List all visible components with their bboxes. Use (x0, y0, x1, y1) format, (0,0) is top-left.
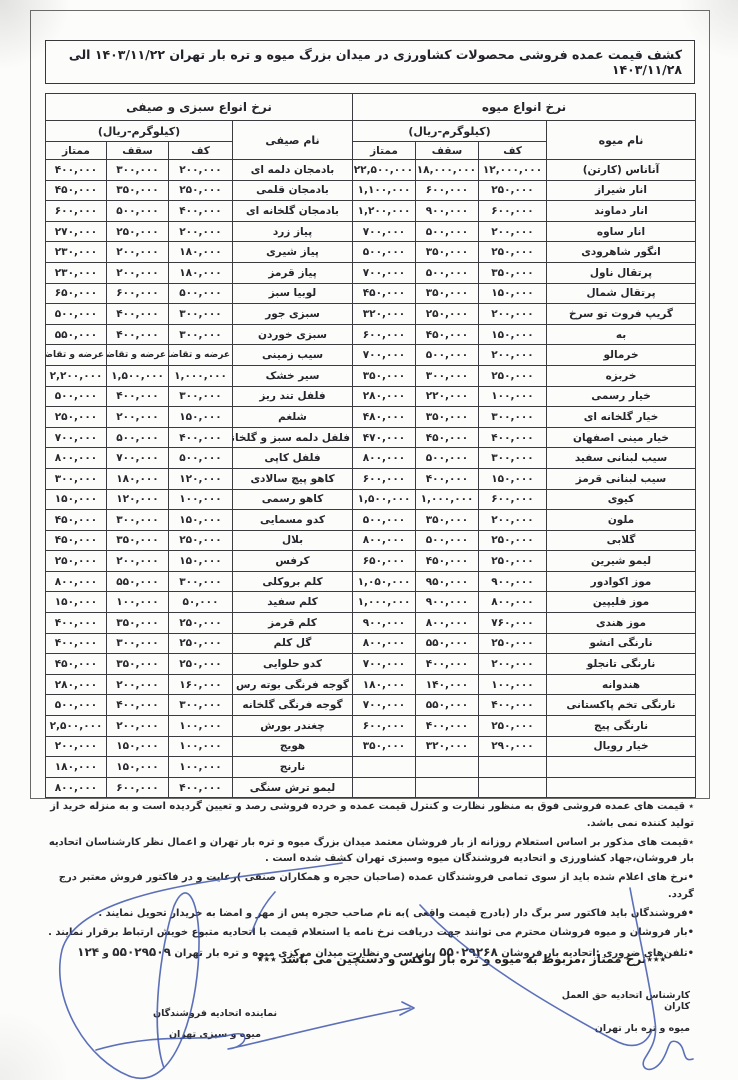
veg-premium-cell: ۴۰۰,۰۰۰ (46, 633, 107, 654)
veg-premium-cell: ۴۵۰,۰۰۰ (46, 510, 107, 531)
fruit-premium-cell: ۷۰۰,۰۰۰ (353, 654, 416, 675)
fruit-name-cell: هندوانه (547, 674, 696, 695)
veg-floor-cell: ۲۰۰,۰۰۰ (169, 160, 233, 181)
table-row: انار شیراز۲۵۰,۰۰۰۶۰۰,۰۰۰۱,۱۰۰,۰۰۰بادمجان… (46, 180, 696, 201)
fruit-name-cell: خیار رسمی (547, 386, 696, 407)
veg-premium-cell: ۲۵۰,۰۰۰ (46, 407, 107, 428)
veg-ceiling-cell: ۱۲۰,۰۰۰ (107, 489, 169, 510)
footnote-line-1: ٭ قیمت های عمده فروشی فوق به منظور نظارت… (34, 799, 694, 832)
fruit-premium-cell: ۸۰۰,۰۰۰ (353, 633, 416, 654)
fruit-ceiling-cell: ۹۰۰,۰۰۰ (416, 201, 479, 222)
fruit-name-cell: نارنگی تانجلو (547, 654, 696, 675)
veg-premium-cell: ۸۰۰,۰۰۰ (46, 777, 107, 798)
veg-floor-cell: ۱۰۰,۰۰۰ (169, 757, 233, 778)
fruit-floor-cell: ۱۵۰,۰۰۰ (479, 324, 547, 345)
fruit-name-cell: خیار رویال (547, 736, 696, 757)
fruit-empty-cell (479, 757, 547, 778)
fruit-floor-cell: ۲۵۰,۰۰۰ (479, 365, 547, 386)
veg-ceiling-cell: ۲۰۰,۰۰۰ (107, 407, 169, 428)
fruit-premium-cell: ۶۵۰,۰۰۰ (353, 551, 416, 572)
fruit-floor-cell: ۱۰۰,۰۰۰ (479, 386, 547, 407)
fruit-name-cell: کیوی (547, 489, 696, 510)
veg-ceiling-cell: ۲۵۰,۰۰۰ (107, 221, 169, 242)
fruit-empty-cell (416, 777, 479, 798)
signature-block-left: نماینده اتحادیه فروشندگان میوه و سبزی ته… (150, 1008, 280, 1050)
table-row: لیمو ترش سنگی۴۰۰,۰۰۰۶۰۰,۰۰۰۸۰۰,۰۰۰ (46, 777, 696, 798)
table-row: لیمو شیرین۲۵۰,۰۰۰۴۵۰,۰۰۰۶۵۰,۰۰۰کرفس۱۵۰,۰… (46, 551, 696, 572)
veg-name-cell: کاهو رسمی (233, 489, 353, 510)
veg-floor-cell: ۵۰۰,۰۰۰ (169, 448, 233, 469)
fruit-name-cell: لیمو شیرین (547, 551, 696, 572)
fruit-ceiling-cell: ۵۰۰,۰۰۰ (416, 262, 479, 283)
fruit-empty-cell (353, 777, 416, 798)
veg-ceiling-cell: ۲۰۰,۰۰۰ (107, 262, 169, 283)
veg-name-cell: پیاز شیری (233, 242, 353, 263)
veg-floor-label: کف (169, 142, 233, 160)
veg-section-header: نرخ انواع سبزی و صیفی (46, 94, 353, 121)
veg-floor-cell: عرضه و تقاضا (169, 345, 233, 366)
veg-floor-cell: ۱۰۰,۰۰۰ (169, 716, 233, 737)
fruit-premium-label: ممتاز (353, 142, 416, 160)
fruit-premium-cell: ۲۸۰,۰۰۰ (353, 386, 416, 407)
veg-ceiling-cell: ۴۰۰,۰۰۰ (107, 304, 169, 325)
fruit-ceiling-cell: ۴۵۰,۰۰۰ (416, 427, 479, 448)
fruit-name-cell: موز فلیپین (547, 592, 696, 613)
veg-premium-label: ممتاز (46, 142, 107, 160)
fruit-premium-cell: ۲۲,۵۰۰,۰۰۰ (353, 160, 416, 181)
fruit-ceiling-cell: ۳۲۰,۰۰۰ (416, 736, 479, 757)
fruit-ceiling-cell: ۸۰۰,۰۰۰ (416, 613, 479, 634)
veg-name-cell: سبزی خوردن (233, 324, 353, 345)
fruit-premium-cell: ۹۰۰,۰۰۰ (353, 613, 416, 634)
section-header-row: نرخ انواع میوه نرخ انواع سبزی و صیفی (46, 94, 696, 121)
fruit-floor-cell: ۲۹۰,۰۰۰ (479, 736, 547, 757)
fruit-empty-cell (479, 777, 547, 798)
veg-ceiling-cell: ۱۸۰,۰۰۰ (107, 468, 169, 489)
fruit-floor-cell: ۲۵۰,۰۰۰ (479, 180, 547, 201)
fruit-premium-cell: ۶۰۰,۰۰۰ (353, 468, 416, 489)
veg-ceiling-cell: ۴۰۰,۰۰۰ (107, 324, 169, 345)
table-row: نارنگی پیج۲۵۰,۰۰۰۴۰۰,۰۰۰۶۰۰,۰۰۰چغندر بور… (46, 716, 696, 737)
veg-premium-cell: ۳۰۰,۰۰۰ (46, 468, 107, 489)
signature-right-subtitle: میوه و تره بار تهران (540, 1023, 690, 1034)
fruit-floor-cell: ۱۵۰,۰۰۰ (479, 468, 547, 489)
veg-name-cell: سبزی جور (233, 304, 353, 325)
veg-premium-cell: ۷۰۰,۰۰۰ (46, 427, 107, 448)
fruit-ceiling-cell: ۴۵۰,۰۰۰ (416, 551, 479, 572)
fruit-ceiling-cell: ۵۰۰,۰۰۰ (416, 345, 479, 366)
fruit-name-cell: سیب لبنانی قرمز (547, 468, 696, 489)
veg-premium-cell: ۴۰۰,۰۰۰ (46, 613, 107, 634)
veg-ceiling-cell: ۱,۵۰۰,۰۰۰ (107, 365, 169, 386)
fruit-name-cell: خربزه (547, 365, 696, 386)
fruit-name-cell: خیار گلخانه ای (547, 407, 696, 428)
veg-ceiling-cell: ۵۰۰,۰۰۰ (107, 427, 169, 448)
fruit-premium-cell: ۷۰۰,۰۰۰ (353, 345, 416, 366)
fruit-name-cell: آناناس (کارتن) (547, 160, 696, 181)
table-row: پرتقال ناول۳۵۰,۰۰۰۵۰۰,۰۰۰۷۰۰,۰۰۰پیاز قرم… (46, 262, 696, 283)
veg-ceiling-cell: ۲۰۰,۰۰۰ (107, 242, 169, 263)
veg-floor-cell: ۱۰۰,۰۰۰ (169, 489, 233, 510)
veg-floor-cell: ۵۰,۰۰۰ (169, 592, 233, 613)
table-row: کیوی۶۰۰,۰۰۰۱,۰۰۰,۰۰۰۱,۵۰۰,۰۰۰کاهو رسمی۱۰… (46, 489, 696, 510)
table-row: ملون۲۰۰,۰۰۰۳۵۰,۰۰۰۵۰۰,۰۰۰کدو مسمایی۱۵۰,۰… (46, 510, 696, 531)
table-row: گلابی۲۵۰,۰۰۰۵۰۰,۰۰۰۸۰۰,۰۰۰بلال۲۵۰,۰۰۰۳۵۰… (46, 530, 696, 551)
table-row: انگور شاهرودی۲۵۰,۰۰۰۳۵۰,۰۰۰۵۰۰,۰۰۰پیاز ش… (46, 242, 696, 263)
table-row: خرمالو۲۰۰,۰۰۰۵۰۰,۰۰۰۷۰۰,۰۰۰سیب زمینیعرضه… (46, 345, 696, 366)
veg-premium-cell: ۴۰۰,۰۰۰ (46, 160, 107, 181)
fruit-name-cell: انار شیراز (547, 180, 696, 201)
fruit-premium-cell: ۵۰۰,۰۰۰ (353, 510, 416, 531)
table-row: آناناس (کارتن)۱۲,۰۰۰,۰۰۰۱۸,۰۰۰,۰۰۰۲۲,۵۰۰… (46, 160, 696, 181)
fruit-premium-cell: ۱,۱۰۰,۰۰۰ (353, 180, 416, 201)
veg-ceiling-cell: عرضه و تقاضا (107, 345, 169, 366)
veg-ceiling-cell: ۲۰۰,۰۰۰ (107, 674, 169, 695)
veg-ceiling-cell: ۳۵۰,۰۰۰ (107, 530, 169, 551)
fruit-floor-cell: ۲۰۰,۰۰۰ (479, 345, 547, 366)
fruit-name-cell: سیب لبنانی سفید (547, 448, 696, 469)
document-title: کشف قیمت عمده فروشی محصولات کشاورزی در م… (45, 40, 695, 84)
table-row: گریپ فروت تو سرخ۲۰۰,۰۰۰۲۵۰,۰۰۰۳۲۰,۰۰۰سبز… (46, 304, 696, 325)
scanned-price-list-document: کشف قیمت عمده فروشی محصولات کشاورزی در م… (0, 0, 738, 1080)
veg-ceiling-cell: ۴۰۰,۰۰۰ (107, 386, 169, 407)
veg-ceiling-cell: ۲۰۰,۰۰۰ (107, 551, 169, 572)
veg-premium-cell: ۲۷۰,۰۰۰ (46, 221, 107, 242)
veg-premium-cell: ۲۵۰,۰۰۰ (46, 551, 107, 572)
veg-ceiling-cell: ۳۰۰,۰۰۰ (107, 160, 169, 181)
veg-floor-cell: ۱۵۰,۰۰۰ (169, 510, 233, 531)
fruit-name-cell: خرمالو (547, 345, 696, 366)
veg-name-cell: چغندر بورش (233, 716, 353, 737)
signature-left-title: نماینده اتحادیه فروشندگان (150, 1008, 280, 1019)
veg-floor-cell: ۱۶۰,۰۰۰ (169, 674, 233, 695)
fruit-ceiling-cell: ۳۵۰,۰۰۰ (416, 242, 479, 263)
fruit-name-column-header: نام میوه (547, 121, 696, 160)
fruit-ceiling-cell: ۵۵۰,۰۰۰ (416, 695, 479, 716)
fruit-ceiling-cell: ۵۰۰,۰۰۰ (416, 530, 479, 551)
table-row: خیار گلخانه ای۳۰۰,۰۰۰۳۵۰,۰۰۰۴۸۰,۰۰۰شلغم۱… (46, 407, 696, 428)
fruit-ceiling-cell: ۴۵۰,۰۰۰ (416, 324, 479, 345)
fruit-ceiling-cell: ۳۵۰,۰۰۰ (416, 407, 479, 428)
veg-premium-cell: ۴۵۰,۰۰۰ (46, 180, 107, 201)
veg-premium-cell: ۱۵۰,۰۰۰ (46, 489, 107, 510)
veg-name-cell: پیاز قرمز (233, 262, 353, 283)
fruit-floor-cell: ۳۰۰,۰۰۰ (479, 448, 547, 469)
veg-name-cell: کدو مسمایی (233, 510, 353, 531)
signature-right-title: کارشناس اتحادیه حق العمل کاران (540, 990, 690, 1012)
veg-ceiling-cell: ۳۵۰,۰۰۰ (107, 654, 169, 675)
veg-floor-cell: ۲۵۰,۰۰۰ (169, 530, 233, 551)
veg-ceiling-cell: ۶۰۰,۰۰۰ (107, 283, 169, 304)
table-row: خربزه۲۵۰,۰۰۰۳۰۰,۰۰۰۳۵۰,۰۰۰سیر خشک۱,۰۰۰,۰… (46, 365, 696, 386)
veg-name-cell: نارنج (233, 757, 353, 778)
table-row: موز فلیپین۸۰۰,۰۰۰۹۰۰,۰۰۰۱,۰۰۰,۰۰۰کلم سفی… (46, 592, 696, 613)
veg-premium-cell: ۵۰۰,۰۰۰ (46, 304, 107, 325)
unit-header-row: نام میوه (کیلوگرم-ریال) نام صیفی (کیلوگر… (46, 121, 696, 142)
veg-name-cell: گل کلم (233, 633, 353, 654)
fruit-floor-cell: ۲۰۰,۰۰۰ (479, 304, 547, 325)
fruit-floor-cell: ۷۶۰,۰۰۰ (479, 613, 547, 634)
veg-name-cell: پیاز زرد (233, 221, 353, 242)
fruit-ceiling-cell: ۵۵۰,۰۰۰ (416, 633, 479, 654)
veg-name-cell: شلغم (233, 407, 353, 428)
veg-unit-label: (کیلوگرم-ریال) (46, 121, 233, 142)
fruit-floor-label: کف (479, 142, 547, 160)
fruit-ceiling-cell: ۴۰۰,۰۰۰ (416, 716, 479, 737)
veg-name-cell: گوجه فرنگی گلخانه (233, 695, 353, 716)
fruit-premium-cell: ۴۵۰,۰۰۰ (353, 283, 416, 304)
veg-name-cell: کلم سفید (233, 592, 353, 613)
veg-floor-cell: ۲۰۰,۰۰۰ (169, 221, 233, 242)
fruit-ceiling-cell: ۶۰۰,۰۰۰ (416, 180, 479, 201)
veg-floor-cell: ۱,۰۰۰,۰۰۰ (169, 365, 233, 386)
fruit-floor-cell: ۱۵۰,۰۰۰ (479, 283, 547, 304)
fruit-floor-cell: ۲۵۰,۰۰۰ (479, 633, 547, 654)
veg-name-cell: کدو حلوایی (233, 654, 353, 675)
veg-ceiling-cell: ۷۰۰,۰۰۰ (107, 448, 169, 469)
veg-name-cell: لوبیا سبز (233, 283, 353, 304)
fruit-premium-cell: ۱,۰۰۰,۰۰۰ (353, 592, 416, 613)
fruit-floor-cell: ۱۰۰,۰۰۰ (479, 674, 547, 695)
fruit-empty-cell (547, 777, 696, 798)
veg-ceiling-cell: ۱۵۰,۰۰۰ (107, 736, 169, 757)
veg-ceiling-cell: ۳۵۰,۰۰۰ (107, 180, 169, 201)
footnote-line-3: •نرخ های اعلام شده باید از سوی تمامی فرو… (34, 870, 694, 903)
footnote-line-5: •بار فروشان و میوه فروشان محترم می توانن… (34, 925, 694, 942)
table-row: موز اکوادور۹۰۰,۰۰۰۹۵۰,۰۰۰۱,۰۵۰,۰۰۰کلم بر… (46, 571, 696, 592)
fruit-section-header: نرخ انواع میوه (353, 94, 696, 121)
fruit-premium-cell: ۸۰۰,۰۰۰ (353, 448, 416, 469)
fruit-floor-cell: ۲۵۰,۰۰۰ (479, 551, 547, 572)
veg-ceiling-cell: ۱۰۰,۰۰۰ (107, 592, 169, 613)
fruit-premium-cell: ۸۰۰,۰۰۰ (353, 530, 416, 551)
fruit-empty-cell (416, 757, 479, 778)
table-row: نارنگی تانجلو۲۰۰,۰۰۰۴۰۰,۰۰۰۷۰۰,۰۰۰کدو حل… (46, 654, 696, 675)
fruit-ceiling-cell: ۱۴۰,۰۰۰ (416, 674, 479, 695)
table-row: سیب لبنانی قرمز۱۵۰,۰۰۰۴۰۰,۰۰۰۶۰۰,۰۰۰کاهو… (46, 468, 696, 489)
fruit-floor-cell: ۴۰۰,۰۰۰ (479, 695, 547, 716)
veg-name-cell: فلفل دلمه سبز و گلخانه (233, 427, 353, 448)
veg-name-cell: فلفل کاپی (233, 448, 353, 469)
veg-name-cell: هویج (233, 736, 353, 757)
veg-ceiling-cell: ۳۰۰,۰۰۰ (107, 510, 169, 531)
veg-premium-cell: ۲۸۰,۰۰۰ (46, 674, 107, 695)
fruit-name-cell: خیار مینی اصفهان (547, 427, 696, 448)
veg-ceiling-cell: ۳۵۰,۰۰۰ (107, 613, 169, 634)
veg-ceiling-cell: ۱۵۰,۰۰۰ (107, 757, 169, 778)
veg-ceiling-cell: ۳۰۰,۰۰۰ (107, 633, 169, 654)
fruit-floor-cell: ۳۰۰,۰۰۰ (479, 407, 547, 428)
veg-premium-cell: عرضه و تقاضا (46, 345, 107, 366)
footnote-line-2: ٭قیمت های مذکور بر اساس استعلام روزانه ا… (34, 835, 694, 868)
fruit-name-cell: انار دماوند (547, 201, 696, 222)
veg-ceiling-cell: ۶۰۰,۰۰۰ (107, 777, 169, 798)
fruit-floor-cell: ۲۵۰,۰۰۰ (479, 242, 547, 263)
veg-floor-cell: ۱۲۰,۰۰۰ (169, 468, 233, 489)
fruit-premium-cell: ۷۰۰,۰۰۰ (353, 221, 416, 242)
veg-floor-cell: ۲۵۰,۰۰۰ (169, 654, 233, 675)
fruit-premium-cell: ۳۲۰,۰۰۰ (353, 304, 416, 325)
phone-text: و (99, 948, 112, 959)
fruit-name-cell: انار ساوه (547, 221, 696, 242)
fruit-premium-cell: ۶۰۰,۰۰۰ (353, 716, 416, 737)
fruit-ceiling-cell: ۳۵۰,۰۰۰ (416, 510, 479, 531)
veg-premium-cell: ۴۵۰,۰۰۰ (46, 530, 107, 551)
fruit-floor-cell: ۲۰۰,۰۰۰ (479, 221, 547, 242)
table-row: نارنگی تخم پاکستانی۴۰۰,۰۰۰۵۵۰,۰۰۰۷۰۰,۰۰۰… (46, 695, 696, 716)
fruit-premium-cell: ۵۰۰,۰۰۰ (353, 242, 416, 263)
price-table-body: آناناس (کارتن)۱۲,۰۰۰,۰۰۰۱۸,۰۰۰,۰۰۰۲۲,۵۰۰… (46, 160, 696, 798)
veg-floor-cell: ۲۵۰,۰۰۰ (169, 633, 233, 654)
fruit-name-cell: نارنگی انشو (547, 633, 696, 654)
fruit-ceiling-cell: ۲۲۰,۰۰۰ (416, 386, 479, 407)
veg-floor-cell: ۳۰۰,۰۰۰ (169, 304, 233, 325)
signature-left-subtitle: میوه و سبزی تهران (150, 1029, 280, 1040)
fruit-floor-cell: ۲۵۰,۰۰۰ (479, 716, 547, 737)
veg-name-cell: بلال (233, 530, 353, 551)
fruit-ceiling-cell: ۴۰۰,۰۰۰ (416, 468, 479, 489)
veg-name-cell: فلفل تند ریز (233, 386, 353, 407)
veg-name-cell: کاهو پیچ سالادی (233, 468, 353, 489)
table-row: نارنج۱۰۰,۰۰۰۱۵۰,۰۰۰۱۸۰,۰۰۰ (46, 757, 696, 778)
footnotes-block: ٭ قیمت های عمده فروشی فوق به منظور نظارت… (34, 799, 694, 965)
fruit-unit-label: (کیلوگرم-ریال) (353, 121, 547, 142)
table-row: پرتقال شمال۱۵۰,۰۰۰۳۵۰,۰۰۰۴۵۰,۰۰۰لوبیا سب… (46, 283, 696, 304)
fruit-premium-cell: ۱۸۰,۰۰۰ (353, 674, 416, 695)
fruit-name-cell: موز اکوادور (547, 571, 696, 592)
veg-premium-cell: ۶۰۰,۰۰۰ (46, 201, 107, 222)
fruit-name-cell: پرتقال شمال (547, 283, 696, 304)
veg-premium-cell: ۲۰۰,۰۰۰ (46, 736, 107, 757)
veg-premium-cell: ۱۸۰,۰۰۰ (46, 757, 107, 778)
veg-name-column-header: نام صیفی (233, 121, 353, 160)
veg-floor-cell: ۱۸۰,۰۰۰ (169, 242, 233, 263)
veg-premium-cell: ۶۵۰,۰۰۰ (46, 283, 107, 304)
fruit-premium-cell: ۷۰۰,۰۰۰ (353, 262, 416, 283)
veg-premium-cell: ۵۰۰,۰۰۰ (46, 386, 107, 407)
veg-premium-cell: ۸۰۰,۰۰۰ (46, 448, 107, 469)
veg-floor-cell: ۳۰۰,۰۰۰ (169, 571, 233, 592)
fruit-empty-cell (353, 757, 416, 778)
phone-number: ۵۵۰۲۹۵۰۹ (112, 945, 171, 959)
veg-premium-cell: ۲,۲۰۰,۰۰۰ (46, 365, 107, 386)
veg-floor-cell: ۵۰۰,۰۰۰ (169, 283, 233, 304)
fruit-premium-cell: ۱,۰۵۰,۰۰۰ (353, 571, 416, 592)
veg-name-cell: بادمجان گلخانه ای (233, 201, 353, 222)
table-row: نارنگی انشو۲۵۰,۰۰۰۵۵۰,۰۰۰۸۰۰,۰۰۰گل کلم۲۵… (46, 633, 696, 654)
table-row: موز هندی۷۶۰,۰۰۰۸۰۰,۰۰۰۹۰۰,۰۰۰کلم قرمز۲۵۰… (46, 613, 696, 634)
price-table: نرخ انواع میوه نرخ انواع سبزی و صیفی نام… (45, 93, 696, 798)
veg-floor-cell: ۴۰۰,۰۰۰ (169, 427, 233, 448)
signature-block-right: کارشناس اتحادیه حق العمل کاران میوه و تر… (540, 990, 690, 1045)
fruit-ceiling-cell: ۳۵۰,۰۰۰ (416, 283, 479, 304)
fruit-premium-cell: ۶۰۰,۰۰۰ (353, 324, 416, 345)
veg-name-cell: بادمجان دلمه ای (233, 160, 353, 181)
fruit-premium-cell: ۴۷۰,۰۰۰ (353, 427, 416, 448)
veg-name-cell: لیمو ترش سنگی (233, 777, 353, 798)
veg-ceiling-label: سقف (107, 142, 169, 160)
fruit-ceiling-cell: ۵۰۰,۰۰۰ (416, 448, 479, 469)
table-row: خیار رسمی۱۰۰,۰۰۰۲۲۰,۰۰۰۲۸۰,۰۰۰فلفل تند ر… (46, 386, 696, 407)
veg-floor-cell: ۳۰۰,۰۰۰ (169, 386, 233, 407)
table-row: خیار مینی اصفهان۴۰۰,۰۰۰۴۵۰,۰۰۰۴۷۰,۰۰۰فلف… (46, 427, 696, 448)
veg-floor-cell: ۱۰۰,۰۰۰ (169, 736, 233, 757)
premium-rate-note: ٭٭٭نرخ ممتاز ،مربوط به میوه و تره بار لو… (257, 952, 666, 966)
veg-premium-cell: ۵۰۰,۰۰۰ (46, 695, 107, 716)
veg-floor-cell: ۱۵۰,۰۰۰ (169, 407, 233, 428)
veg-name-cell: بادمجان قلمی (233, 180, 353, 201)
fruit-premium-cell: ۳۵۰,۰۰۰ (353, 736, 416, 757)
veg-premium-cell: ۴۵۰,۰۰۰ (46, 654, 107, 675)
fruit-name-cell: انگور شاهرودی (547, 242, 696, 263)
fruit-name-cell: نارنگی تخم پاکستانی (547, 695, 696, 716)
fruit-floor-cell: ۲۰۰,۰۰۰ (479, 654, 547, 675)
fruit-premium-cell: ۳۵۰,۰۰۰ (353, 365, 416, 386)
fruit-premium-cell: ۱,۲۰۰,۰۰۰ (353, 201, 416, 222)
fruit-ceiling-cell: ۱۸,۰۰۰,۰۰۰ (416, 160, 479, 181)
veg-name-cell: سیر خشک (233, 365, 353, 386)
fruit-floor-cell: ۶۰۰,۰۰۰ (479, 489, 547, 510)
veg-premium-cell: ۸۰۰,۰۰۰ (46, 571, 107, 592)
veg-premium-cell: ۲,۵۰۰,۰۰۰ (46, 716, 107, 737)
fruit-floor-cell: ۶۰۰,۰۰۰ (479, 201, 547, 222)
fruit-floor-cell: ۲۵۰,۰۰۰ (479, 530, 547, 551)
phone-number: ۱۲۴ (77, 945, 99, 959)
table-row: هندوانه۱۰۰,۰۰۰۱۴۰,۰۰۰۱۸۰,۰۰۰گوجه فرنگی ب… (46, 674, 696, 695)
table-row: به۱۵۰,۰۰۰۴۵۰,۰۰۰۶۰۰,۰۰۰سبزی خوردن۳۰۰,۰۰۰… (46, 324, 696, 345)
veg-floor-cell: ۳۰۰,۰۰۰ (169, 695, 233, 716)
fruit-name-cell: ملون (547, 510, 696, 531)
fruit-ceiling-cell: ۲۵۰,۰۰۰ (416, 304, 479, 325)
veg-premium-cell: ۲۳۰,۰۰۰ (46, 262, 107, 283)
veg-ceiling-cell: ۵۰۰,۰۰۰ (107, 201, 169, 222)
fruit-ceiling-cell: ۱,۰۰۰,۰۰۰ (416, 489, 479, 510)
fruit-ceiling-cell: ۳۰۰,۰۰۰ (416, 365, 479, 386)
fruit-name-cell: موز هندی (547, 613, 696, 634)
veg-premium-cell: ۵۵۰,۰۰۰ (46, 324, 107, 345)
fruit-floor-cell: ۸۰۰,۰۰۰ (479, 592, 547, 613)
veg-premium-cell: ۱۵۰,۰۰۰ (46, 592, 107, 613)
fruit-name-cell: پرتقال ناول (547, 262, 696, 283)
table-row: خیار رویال۲۹۰,۰۰۰۳۲۰,۰۰۰۳۵۰,۰۰۰هویج۱۰۰,۰… (46, 736, 696, 757)
fruit-name-cell: به (547, 324, 696, 345)
fruit-name-cell: نارنگی پیج (547, 716, 696, 737)
veg-ceiling-cell: ۵۵۰,۰۰۰ (107, 571, 169, 592)
veg-ceiling-cell: ۴۰۰,۰۰۰ (107, 695, 169, 716)
veg-floor-cell: ۴۰۰,۰۰۰ (169, 777, 233, 798)
veg-name-cell: سیب زمینی (233, 345, 353, 366)
fruit-name-cell: گریپ فروت تو سرخ (547, 304, 696, 325)
veg-name-cell: کرفس (233, 551, 353, 572)
veg-floor-cell: ۲۵۰,۰۰۰ (169, 613, 233, 634)
fruit-ceiling-cell: ۵۰۰,۰۰۰ (416, 221, 479, 242)
fruit-floor-cell: ۴۰۰,۰۰۰ (479, 427, 547, 448)
fruit-empty-cell (547, 757, 696, 778)
veg-floor-cell: ۳۰۰,۰۰۰ (169, 324, 233, 345)
fruit-premium-cell: ۱,۵۰۰,۰۰۰ (353, 489, 416, 510)
veg-name-cell: گوجه فرنگی بوته رس (233, 674, 353, 695)
fruit-ceiling-cell: ۹۵۰,۰۰۰ (416, 571, 479, 592)
veg-name-cell: کلم بروکلی (233, 571, 353, 592)
fruit-premium-cell: ۴۸۰,۰۰۰ (353, 407, 416, 428)
fruit-ceiling-label: سقف (416, 142, 479, 160)
fruit-floor-cell: ۱۲,۰۰۰,۰۰۰ (479, 160, 547, 181)
veg-name-cell: کلم قرمز (233, 613, 353, 634)
fruit-floor-cell: ۹۰۰,۰۰۰ (479, 571, 547, 592)
veg-ceiling-cell: ۲۰۰,۰۰۰ (107, 716, 169, 737)
fruit-name-cell: گلابی (547, 530, 696, 551)
table-row: انار ساوه۲۰۰,۰۰۰۵۰۰,۰۰۰۷۰۰,۰۰۰پیاز زرد۲۰… (46, 221, 696, 242)
